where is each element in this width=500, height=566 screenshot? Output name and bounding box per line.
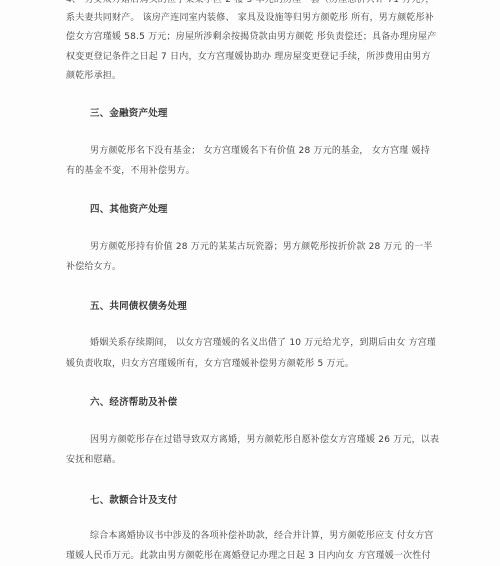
section-heading-payment-total: 七、款额合计及支付: [90, 494, 438, 507]
paragraph-line: 偿女方宫瑾媛 58.5 万元；房屋所涉剩余按揭贷款由男方颜乾 彤负责偿还；具备办…: [66, 31, 438, 44]
paragraph-line: 系夫妻共同财产。 该房产连同室内装修、 家具及设施等归男方颜乾彤 所有，男方颜乾…: [66, 12, 438, 25]
paragraph-line: 男方颜乾彤名下没有基金； 女方宫瑾媛名下有价值 28 万元的基金， 女方宫瑾 媛…: [90, 145, 438, 158]
section-heading-economic-aid: 六、经济帮助及补偿: [90, 396, 438, 409]
paragraph-line: 安抚和慰藉。: [66, 454, 438, 467]
paragraph-line: 颜乾彤承担。: [66, 70, 438, 83]
paragraph-line: 瑾媛人民币万元。此款由男方颜乾彤在离婚登记办理之日起 3 日内向女 方宫瑾媛一次…: [66, 550, 438, 563]
paragraph-line: 补偿给女方。: [66, 261, 438, 274]
paragraph-line: 有的基金不变，不用补偿男方。: [66, 165, 438, 178]
paragraph-line: 媛负责收取，归女方宫瑾媛所有，女方宫瑾媛补偿男方颜乾彤 5 万元。: [66, 358, 438, 371]
section-heading-financial-assets: 三、金融资产处理: [90, 107, 438, 120]
paragraph-line: 男方颜乾彤持有价值 28 万元的某某古玩瓷器；男方颜乾彤按折价款 28 万元 的…: [90, 241, 438, 254]
paragraph-line: 婚姻关系存续期间， 以女方宫瑾媛的名义出借了 10 万元给尤亨，到期后由女 方宫…: [90, 337, 438, 350]
clipped-paragraph-line: 4、 男女双方婚后购买的位于某某小区 2 楼 3 单元的房屋一套（房屋总价共计 …: [66, 0, 438, 7]
paragraph-line: 权变更登记条件之日起 7 日内，女方宫瑾媛协助办 理房屋变更登记手续，所涉费用由…: [66, 51, 438, 64]
paragraph-line: 综合本离婚协议书中涉及的各项补偿补助款，经合并计算，男方颜乾彤应支 付女方宫: [90, 530, 438, 543]
section-heading-debts: 五、共同债权债务处理: [90, 300, 438, 313]
section-heading-other-assets: 四、其他资产处理: [90, 203, 438, 216]
paragraph-line: 因男方颜乾彤存在过错导致双方离婚，男方颜乾彤自愿补偿女方宫瑾媛 26 万元，以表: [90, 434, 438, 447]
document-page: 4、 男女双方婚后购买的位于某某小区 2 楼 3 单元的房屋一套（房屋总价共计 …: [0, 0, 500, 566]
